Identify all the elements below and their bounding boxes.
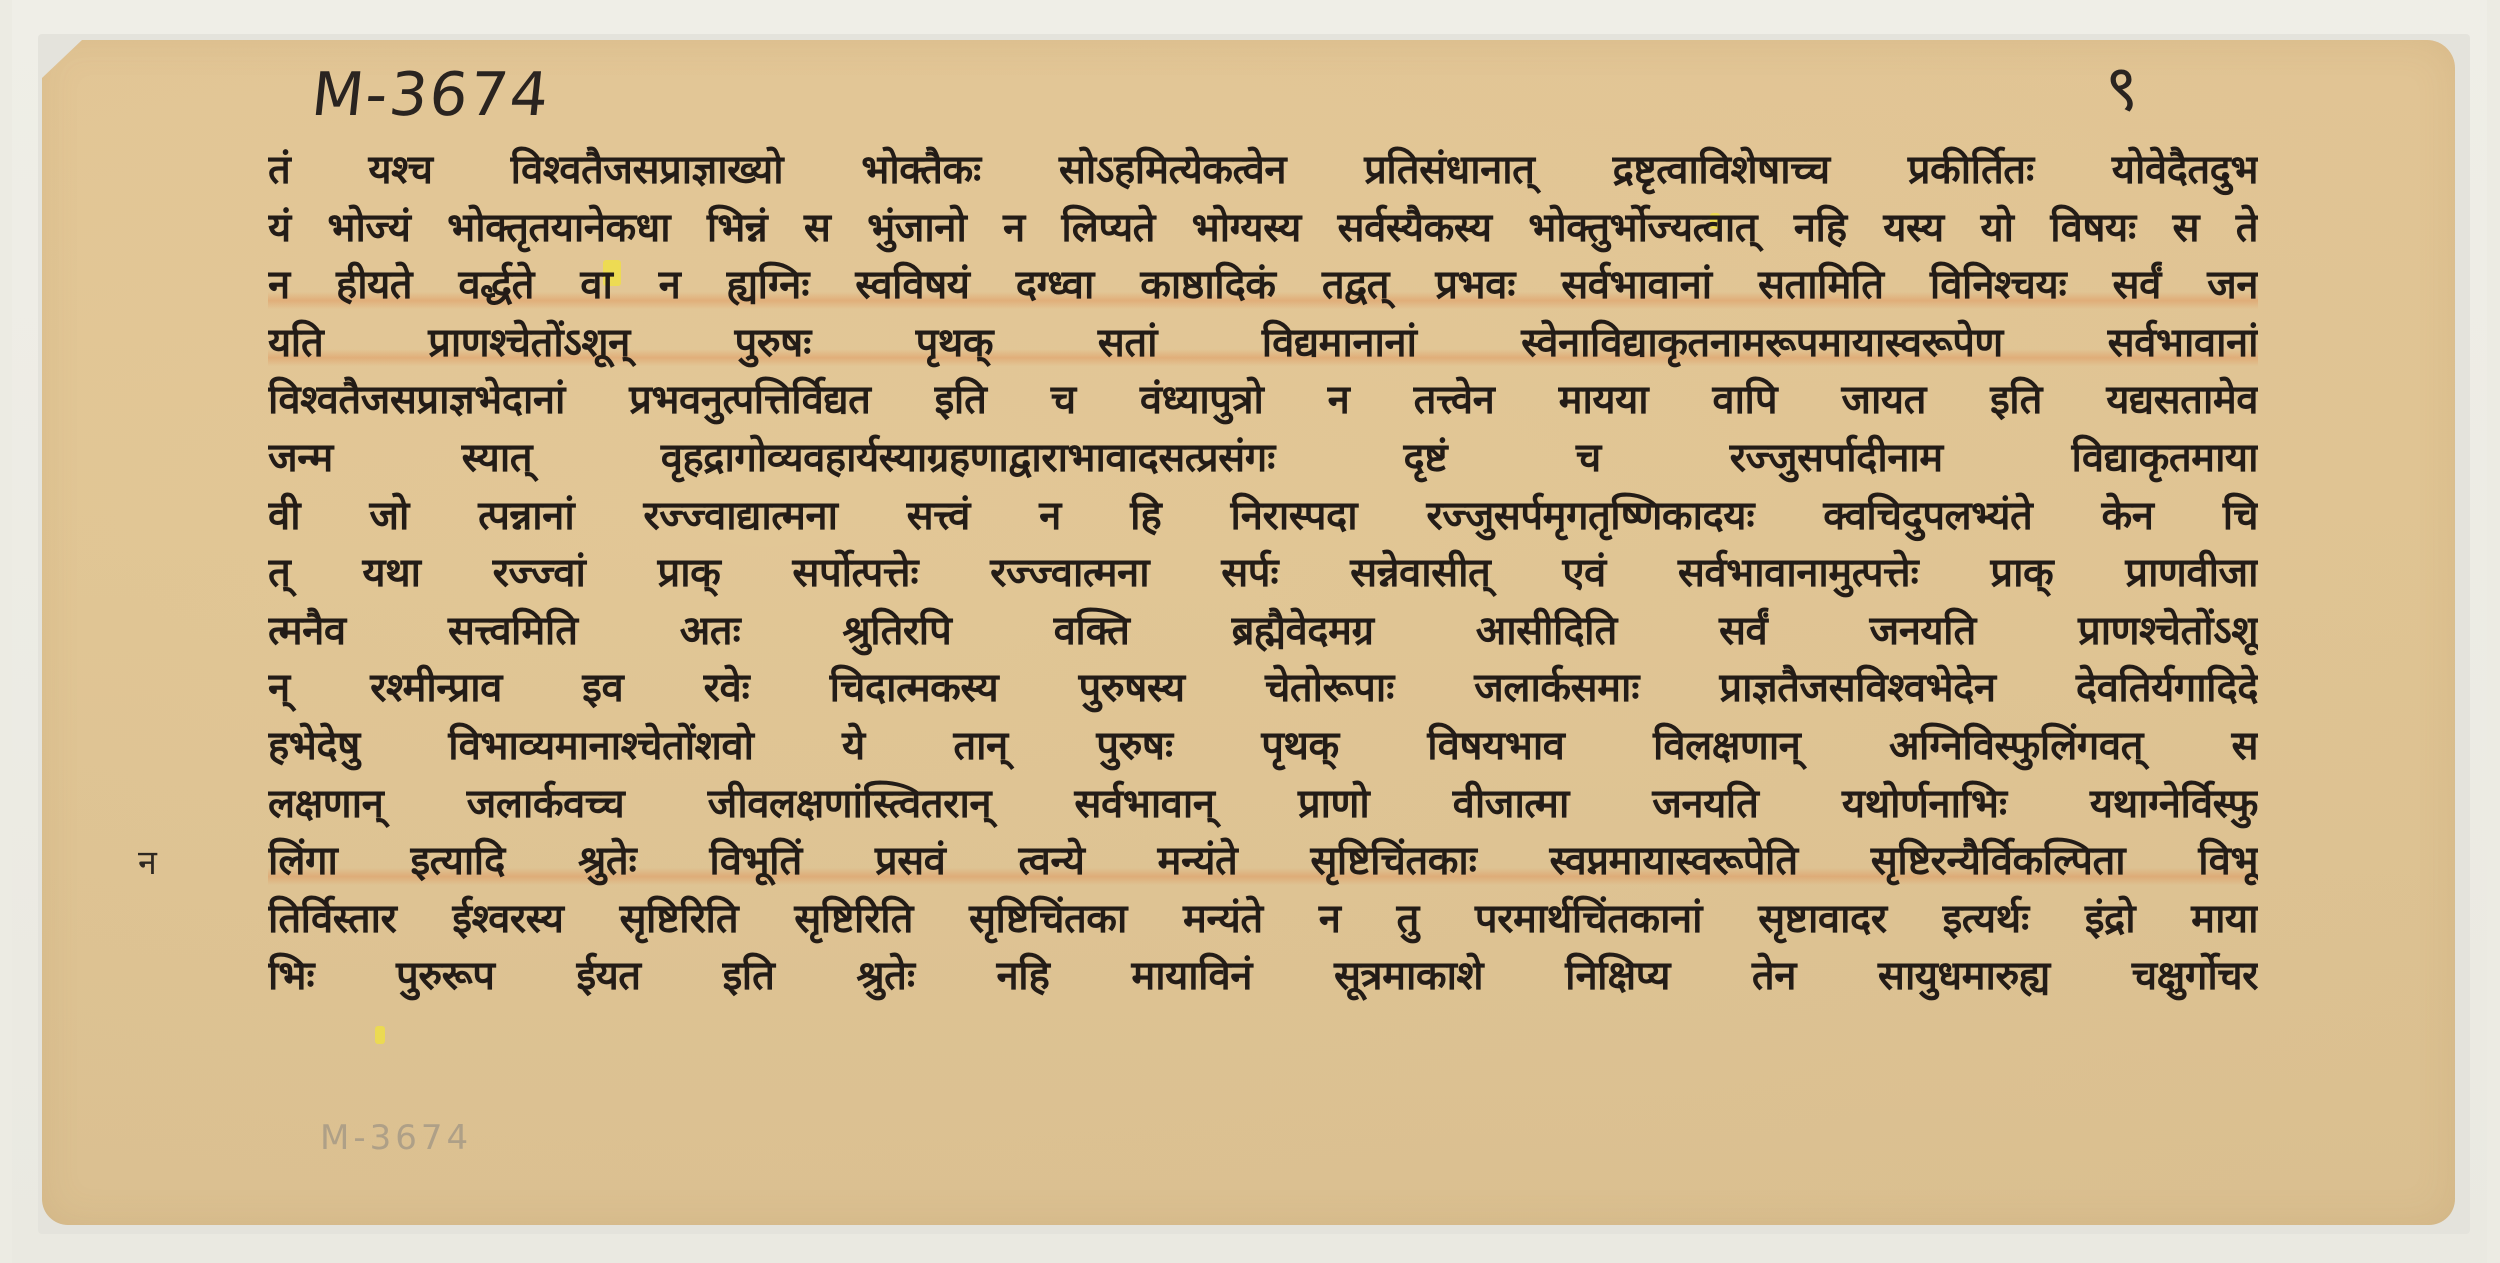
text-line-13: लिंगा इत्यादि श्रुतेः विभूतिं प्रसवं त्व… [268, 833, 2258, 891]
text-line-14: तिर्विस्तार ईश्वरस्य सृष्टिरिति सृष्टिरि… [268, 891, 2258, 949]
text-line-7: वी जो त्पन्नानां रज्ज्वाद्यात्मना सत्त्व… [268, 488, 2258, 546]
marginal-annotation: न [138, 838, 157, 884]
pencil-catalog-mark: M-3674 [320, 1118, 472, 1158]
text-line-10: न् रश्मीन्प्राव इव रवेः चिदात्मकस्य पुरु… [268, 660, 2258, 718]
yellow-correction-mark [375, 1026, 385, 1044]
text-line-6: जन्म स्यात् वृहद्रागोव्यवहार्यस्याग्रहणा… [268, 430, 2258, 488]
text-line-1: तं यश्च विश्वतैजसप्राज्ञाख्यो भोक्तैकः स… [268, 142, 2258, 200]
text-line-2: यं भोज्यं भोक्तृतयानेकधा भिन्नं स भुंजान… [268, 200, 2258, 258]
text-line-3: न हीयते वर्द्धते वा न ह्यग्निः स्वविषयं … [268, 257, 2258, 315]
manuscript-text-block: तं यश्च विश्वतैजसप्राज्ञाख्यो भोक्तैकः स… [268, 142, 2258, 1006]
folio-number: ९ [2105, 42, 2138, 129]
text-line-15: भिः पुरुरूप ईयत इति श्रुतेः नहि मायाविनं… [268, 948, 2258, 1006]
text-line-11: हभेदेषु विभाव्यमानाश्चेतोंशवो ये तान् पु… [268, 718, 2258, 776]
text-line-12: लक्षणान् जलार्कवच्च जीवलक्षणांस्त्वितरान… [268, 776, 2258, 834]
catalog-number: M-3674 [308, 60, 553, 130]
text-line-8: त् यथा रज्ज्वां प्राक् सर्पोत्पत्तेः रज्… [268, 545, 2258, 603]
text-line-4: यति प्राणश्चेतोंऽशून् पुरुषः पृथक् सतां … [268, 315, 2258, 373]
text-line-9: त्मनैव सत्त्वमिति अतः श्रुतिरपि वक्ति ब्… [268, 603, 2258, 661]
text-line-5: विश्वतैजसप्राज्ञभेदानां प्रभवनुत्पत्तिर्… [268, 372, 2258, 430]
